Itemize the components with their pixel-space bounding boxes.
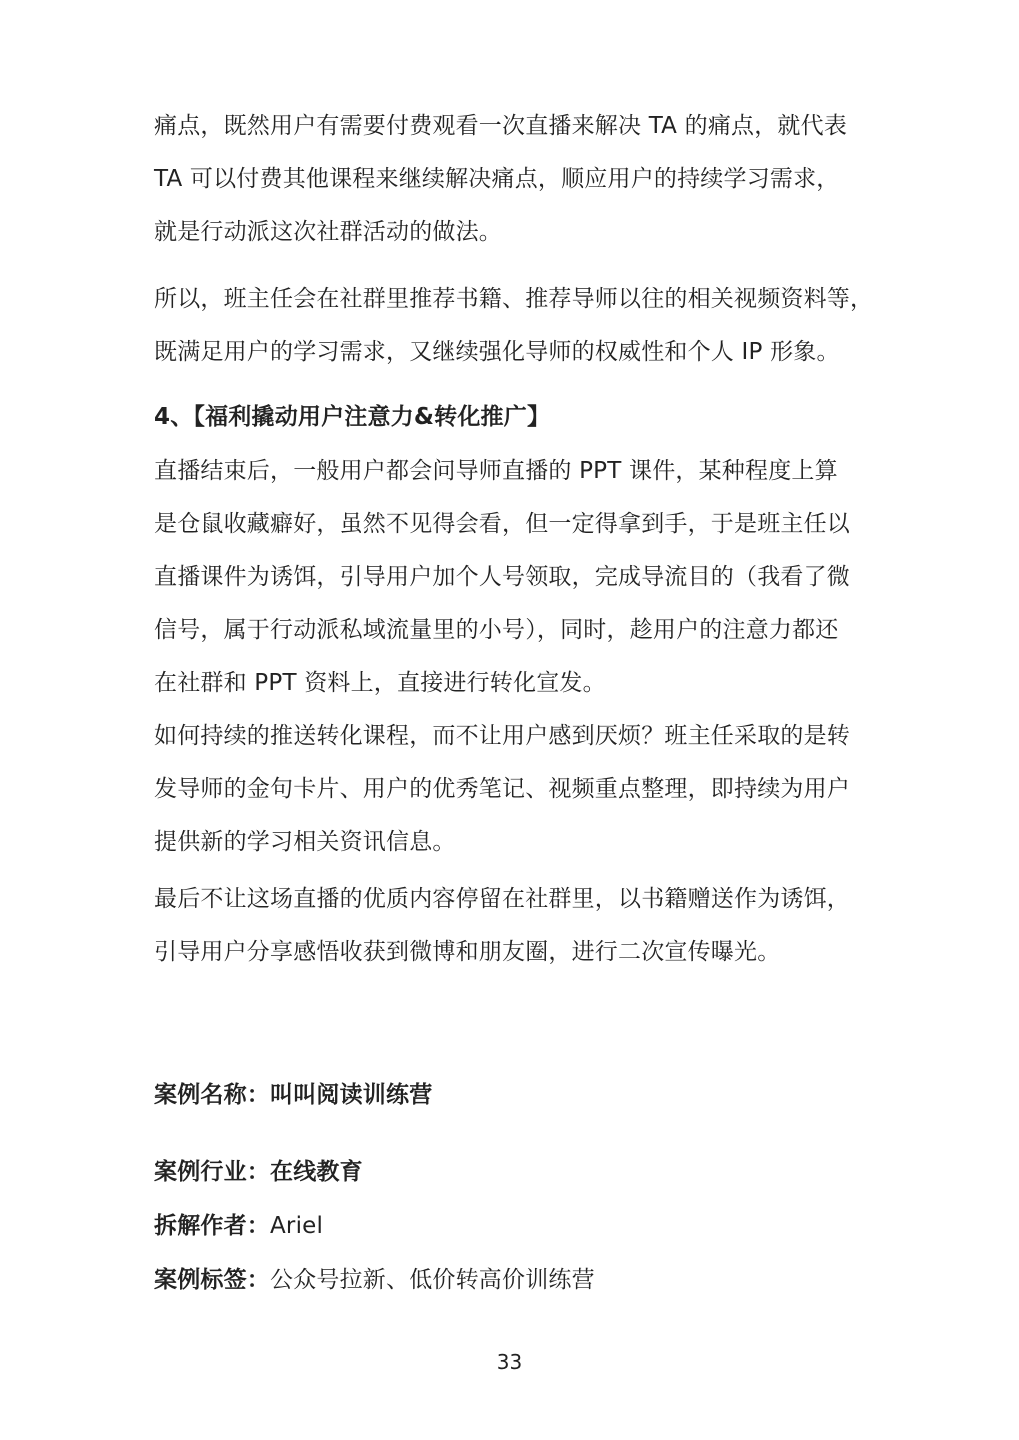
body-line: 既满足用户的学习需求，又继续强化导师的权威性和个人 IP 形象。 xyxy=(154,337,840,367)
case-tags-value: 公众号拉新、低价转高价训练营 xyxy=(270,1267,595,1293)
body-line: 引导用户分享感悟收获到微博和朋友圈，进行二次宣传曝光。 xyxy=(154,937,780,967)
case-author-label: 拆解作者： xyxy=(154,1213,270,1239)
case-tags-label: 案例标签： xyxy=(154,1267,270,1293)
case-tags-row: 案例标签：公众号拉新、低价转高价训练营 xyxy=(154,1265,595,1295)
section-heading: 4、【福利撬动用户注意力&转化推广】 xyxy=(154,402,550,432)
case-author-value: Ariel xyxy=(270,1213,323,1239)
page-number: 33 xyxy=(0,1350,1019,1374)
body-line: 直播结束后，一般用户都会问导师直播的 PPT 课件，某种程度上算 xyxy=(154,456,838,486)
body-line: 是仓鼠收藏癖好，虽然不见得会看，但一定得拿到手，于是班主任以 xyxy=(154,509,850,539)
case-name-row: 案例名称：叫叫阅读训练营 xyxy=(154,1080,432,1110)
body-line: 直播课件为诱饵，引导用户加个人号领取，完成导流目的（我看了微 xyxy=(154,562,850,592)
body-line: 在社群和 PPT 资料上，直接进行转化宣发。 xyxy=(154,668,606,698)
body-line: 痛点，既然用户有需要付费观看一次直播来解决 TA 的痛点，就代表 xyxy=(154,111,847,141)
body-line: 提供新的学习相关资讯信息。 xyxy=(154,827,456,857)
case-name-value: 叫叫阅读训练营 xyxy=(270,1082,432,1108)
body-line: 就是行动派这次社群活动的做法。 xyxy=(154,217,502,247)
case-author-row: 拆解作者：Ariel xyxy=(154,1211,323,1241)
body-line: 最后不让这场直播的优质内容停留在社群里，以书籍赠送作为诱饵， xyxy=(154,884,850,914)
case-name-label: 案例名称： xyxy=(154,1082,270,1108)
document-page: 痛点，既然用户有需要付费观看一次直播来解决 TA 的痛点，就代表 TA 可以付费… xyxy=(0,0,1019,1440)
body-line: 信号，属于行动派私域流量里的小号），同时，趁用户的注意力都还 xyxy=(154,615,839,645)
case-industry-label: 案例行业： xyxy=(154,1159,270,1185)
body-line: 如何持续的推送转化课程，而不让用户感到厌烦？班主任采取的是转 xyxy=(154,721,850,751)
case-industry-row: 案例行业：在线教育 xyxy=(154,1157,363,1187)
body-line: 发导师的金句卡片、用户的优秀笔记、视频重点整理，即持续为用户 xyxy=(154,774,850,804)
body-line: 所以，班主任会在社群里推荐书籍、推荐导师以往的相关视频资料等， xyxy=(154,284,873,314)
case-industry-value: 在线教育 xyxy=(270,1159,363,1185)
body-line: TA 可以付费其他课程来继续解决痛点，顺应用户的持续学习需求， xyxy=(154,164,840,194)
